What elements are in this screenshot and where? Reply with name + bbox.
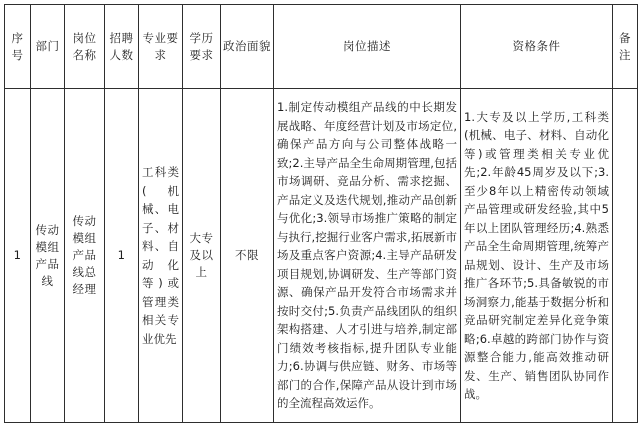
cell-headcount: 1 bbox=[105, 89, 139, 423]
cell-department: 传动模组产品线 bbox=[31, 89, 65, 423]
cell-position: 传动模组产品线总经理 bbox=[65, 89, 105, 423]
cell-remark bbox=[613, 89, 638, 423]
cell-education: 大专及以上 bbox=[183, 89, 221, 423]
col-header-education: 学历要求 bbox=[183, 5, 221, 89]
cell-political-status: 不限 bbox=[221, 89, 274, 423]
cell-qualification: 1.大专及以上学历,工科类(机械、电子、材料、自动化等)或管理类相关专业优先;2… bbox=[461, 89, 613, 423]
col-header-political-status: 政治面貌 bbox=[221, 5, 274, 89]
document-page: 序号 部门 岗位名称 招聘人数 专业要求 学历要求 政治面貌 岗位描述 资格条件… bbox=[0, 0, 641, 431]
cell-description: 1.制定传动模组产品线的中长期发展战略、年度经营计划及市场定位,确保产品方向与公… bbox=[274, 89, 461, 423]
col-header-remark: 备注 bbox=[613, 5, 638, 89]
recruitment-table: 序号 部门 岗位名称 招聘人数 专业要求 学历要求 政治面貌 岗位描述 资格条件… bbox=[4, 4, 638, 423]
col-header-headcount: 招聘人数 bbox=[105, 5, 139, 89]
col-header-description: 岗位描述 bbox=[274, 5, 461, 89]
col-header-position: 岗位名称 bbox=[65, 5, 105, 89]
table-row: 1 传动模组产品线 传动模组产品线总经理 1 工科类(机械、电子、材料、自动化等… bbox=[5, 89, 638, 423]
table-body: 1 传动模组产品线 传动模组产品线总经理 1 工科类(机械、电子、材料、自动化等… bbox=[5, 89, 638, 423]
col-header-department: 部门 bbox=[31, 5, 65, 89]
col-header-qualification: 资格条件 bbox=[461, 5, 613, 89]
table-header: 序号 部门 岗位名称 招聘人数 专业要求 学历要求 政治面貌 岗位描述 资格条件… bbox=[5, 5, 638, 89]
cell-major: 工科类(机械、电子、材料、自动化等)或管理类相关专业优先 bbox=[139, 89, 183, 423]
cell-seq: 1 bbox=[5, 89, 31, 423]
header-row: 序号 部门 岗位名称 招聘人数 专业要求 学历要求 政治面貌 岗位描述 资格条件… bbox=[5, 5, 638, 89]
col-header-major: 专业要求 bbox=[139, 5, 183, 89]
col-header-seq: 序号 bbox=[5, 5, 31, 89]
